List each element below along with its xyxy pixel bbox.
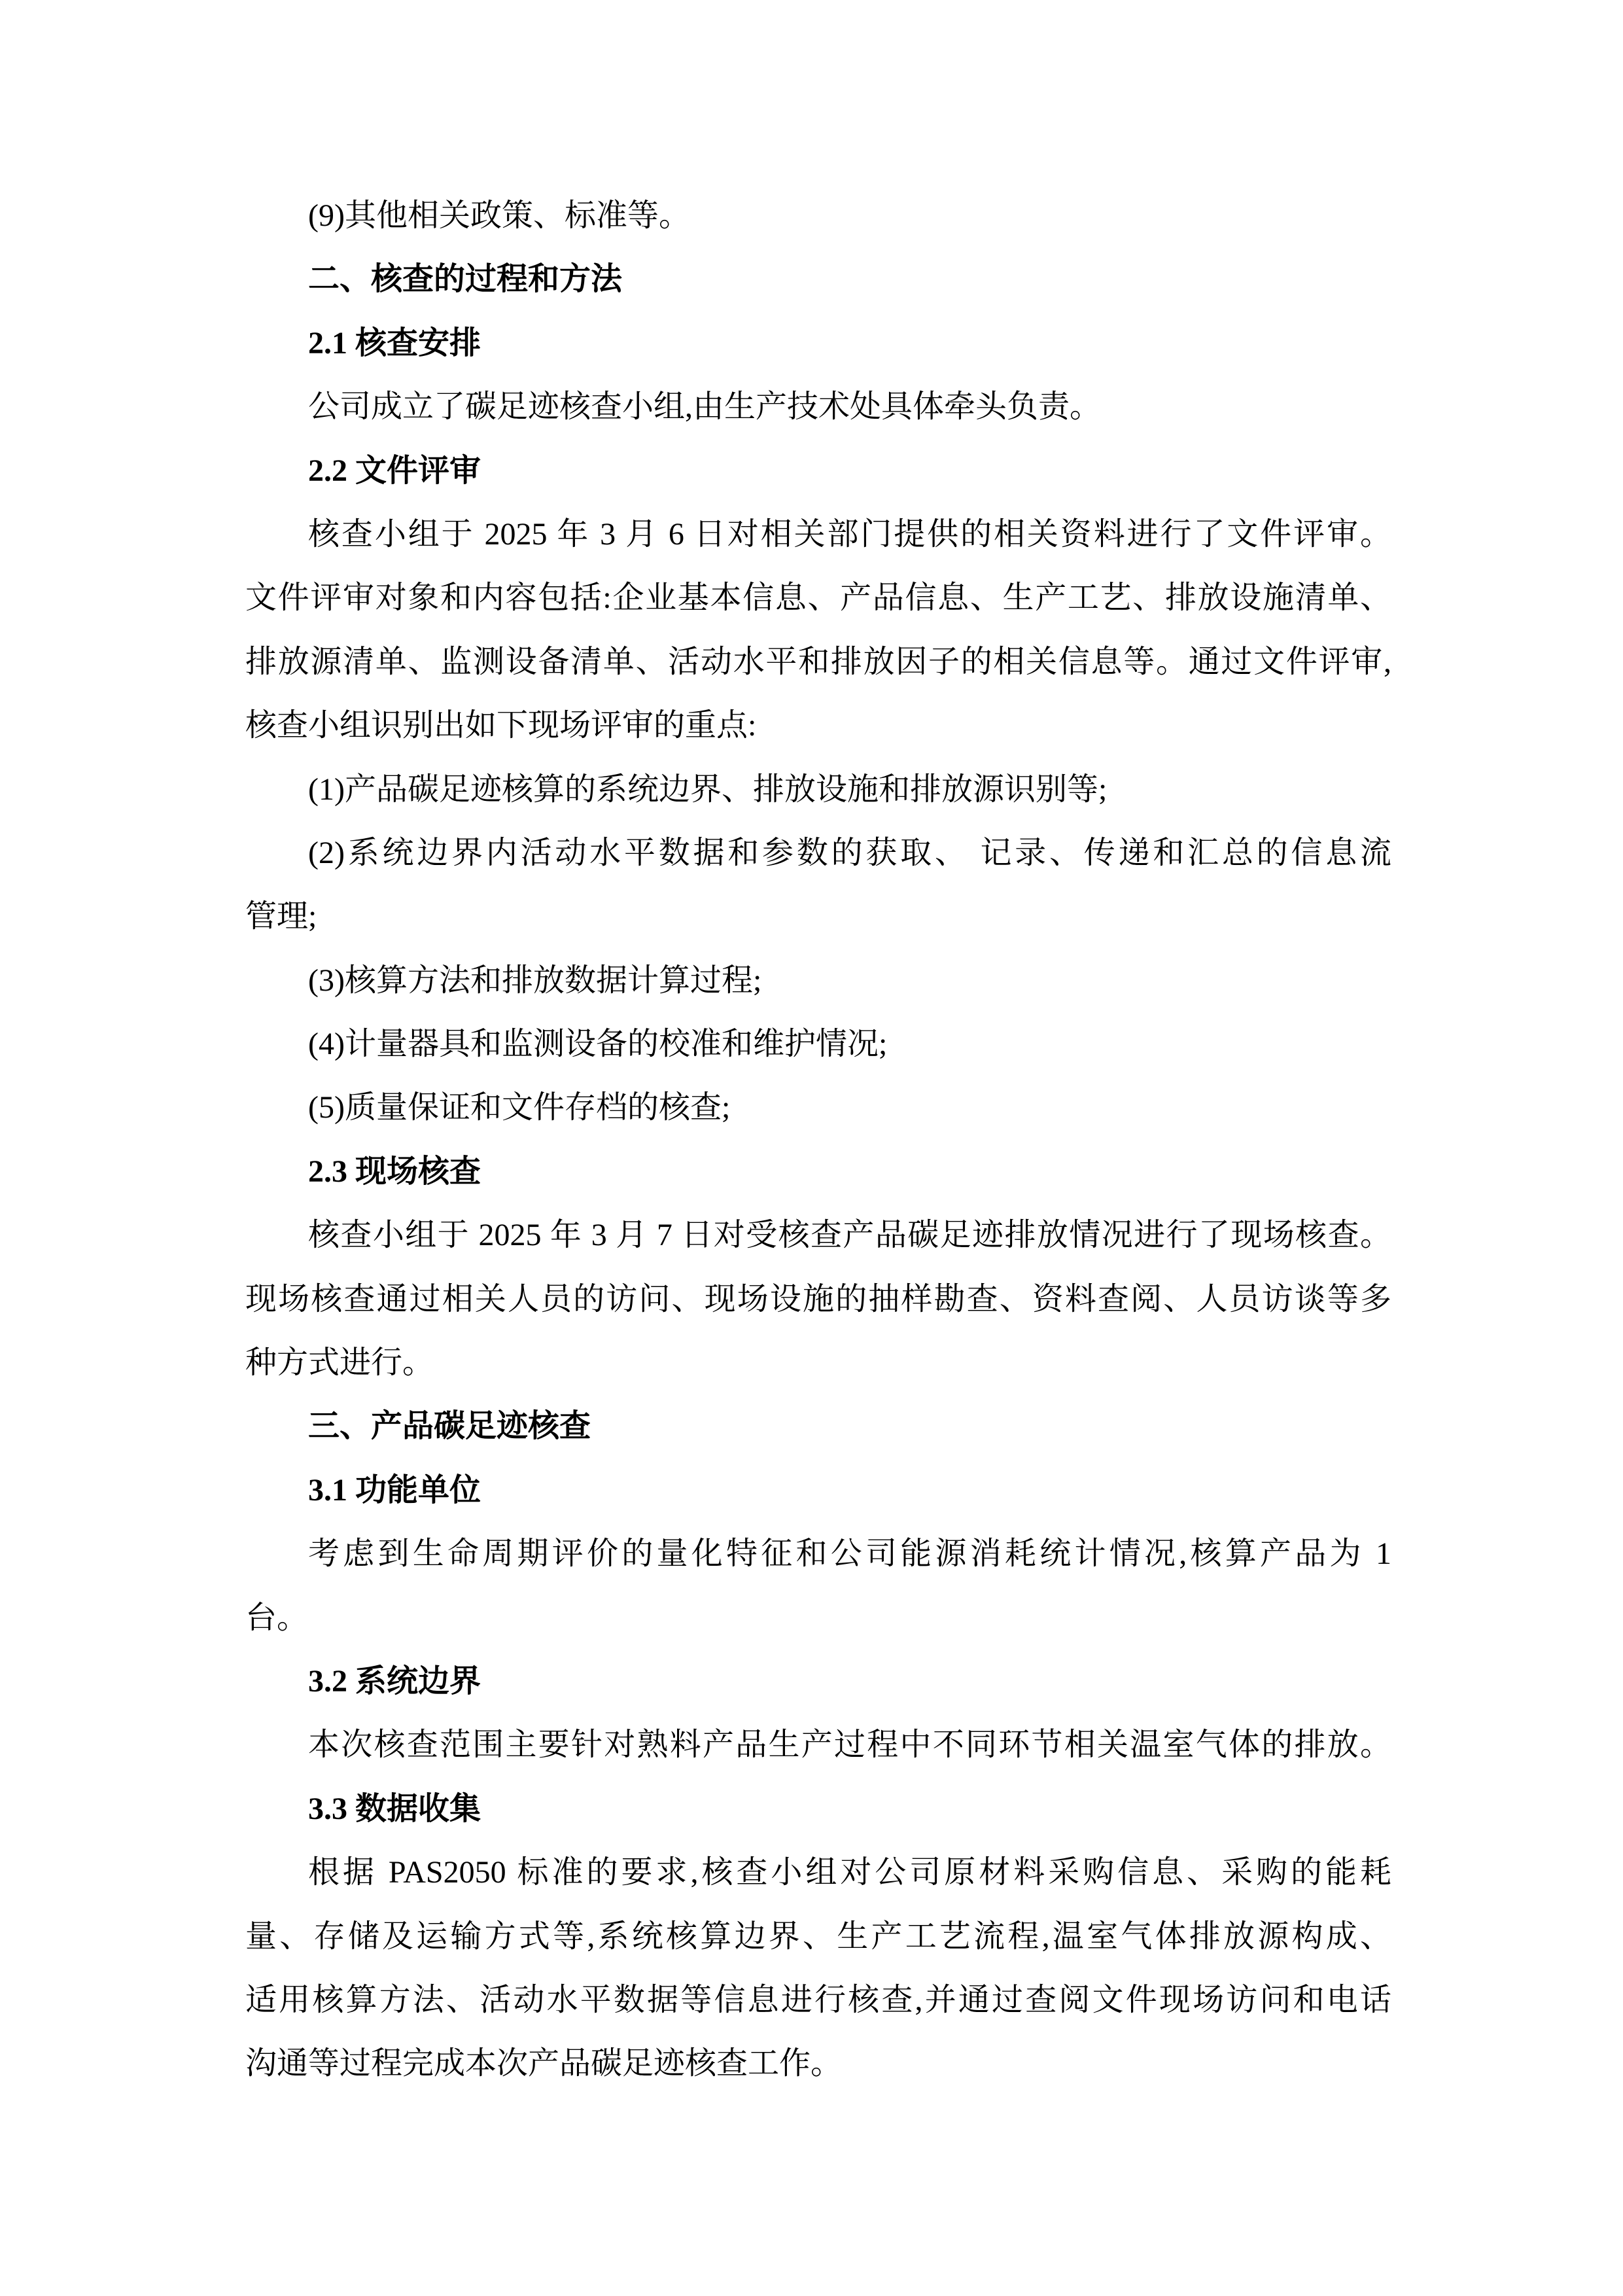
text-line: 根据 PAS2050 标准的要求,核查小组对公司原材料采购信息、采购的能耗 xyxy=(245,1841,1391,1904)
text-line: 适用核算方法、活动水平数据等信息进行核查,并通过查阅文件现场访问和电话 xyxy=(245,1968,1391,2032)
text-block: (9)其他相关政策、标准等。二、核查的过程和方法2.1 核查安排公司成立了碳足迹… xyxy=(245,184,1391,2096)
text-line: 文件评审对象和内容包括:企业基本信息、产品信息、生产工艺、排放设施清单、 xyxy=(245,566,1391,629)
text-line: 管理; xyxy=(245,885,1391,948)
heading-line: 3.2 系统边界 xyxy=(245,1650,1391,1713)
text-line: 公司成立了碳足迹核查小组,由生产技术处具体牵头负责。 xyxy=(245,375,1391,438)
text-line: (2)系统边界内活动水平数据和参数的获取、 记录、传递和汇总的信息流 xyxy=(245,821,1391,885)
text-line: (3)核算方法和排放数据计算过程; xyxy=(245,949,1391,1012)
heading-line: 3.1 功能单位 xyxy=(245,1458,1391,1522)
text-line: 量、存储及运输方式等,系统核算边界、生产工艺流程,温室气体排放源构成、 xyxy=(245,1905,1391,1968)
text-line: (4)计量器具和监测设备的校准和维护情况; xyxy=(245,1012,1391,1076)
heading-line: 2.2 文件评审 xyxy=(245,439,1391,503)
heading-line: 二、核查的过程和方法 xyxy=(245,247,1391,311)
heading-line: 2.1 核查安排 xyxy=(245,311,1391,375)
text-line: (9)其他相关政策、标准等。 xyxy=(245,184,1391,247)
text-line: 沟通等过程完成本次产品碳足迹核查工作。 xyxy=(245,2032,1391,2095)
text-line: 核查小组识别出如下现场评审的重点: xyxy=(245,694,1391,757)
text-line: (1)产品碳足迹核算的系统边界、排放设施和排放源识别等; xyxy=(245,758,1391,821)
text-line: 排放源清单、监测设备清单、活动水平和排放因子的相关信息等。通过文件评审, xyxy=(245,630,1391,694)
text-line: 本次核查范围主要针对熟料产品生产过程中不同环节相关温室气体的排放。 xyxy=(245,1713,1391,1776)
text-line: (5)质量保证和文件存档的核查; xyxy=(245,1076,1391,1139)
text-line: 种方式进行。 xyxy=(245,1331,1391,1394)
heading-line: 三、产品碳足迹核查 xyxy=(245,1394,1391,1458)
text-line: 考虑到生命周期评价的量化特征和公司能源消耗统计情况,核算产品为 1 xyxy=(245,1522,1391,1585)
heading-line: 2.3 现场核查 xyxy=(245,1140,1391,1203)
text-line: 核查小组于 2025 年 3 月 7 日对受核查产品碳足迹排放情况进行了现场核查… xyxy=(245,1203,1391,1267)
text-line: 核查小组于 2025 年 3 月 6 日对相关部门提供的相关资料进行了文件评审。 xyxy=(245,503,1391,566)
text-line: 现场核查通过相关人员的访问、现场设施的抽样勘查、资料查阅、人员访谈等多 xyxy=(245,1267,1391,1331)
text-line: 台。 xyxy=(245,1586,1391,1650)
heading-line: 3.3 数据收集 xyxy=(245,1777,1391,1841)
document-page: (9)其他相关政策、标准等。二、核查的过程和方法2.1 核查安排公司成立了碳足迹… xyxy=(0,0,1623,2296)
